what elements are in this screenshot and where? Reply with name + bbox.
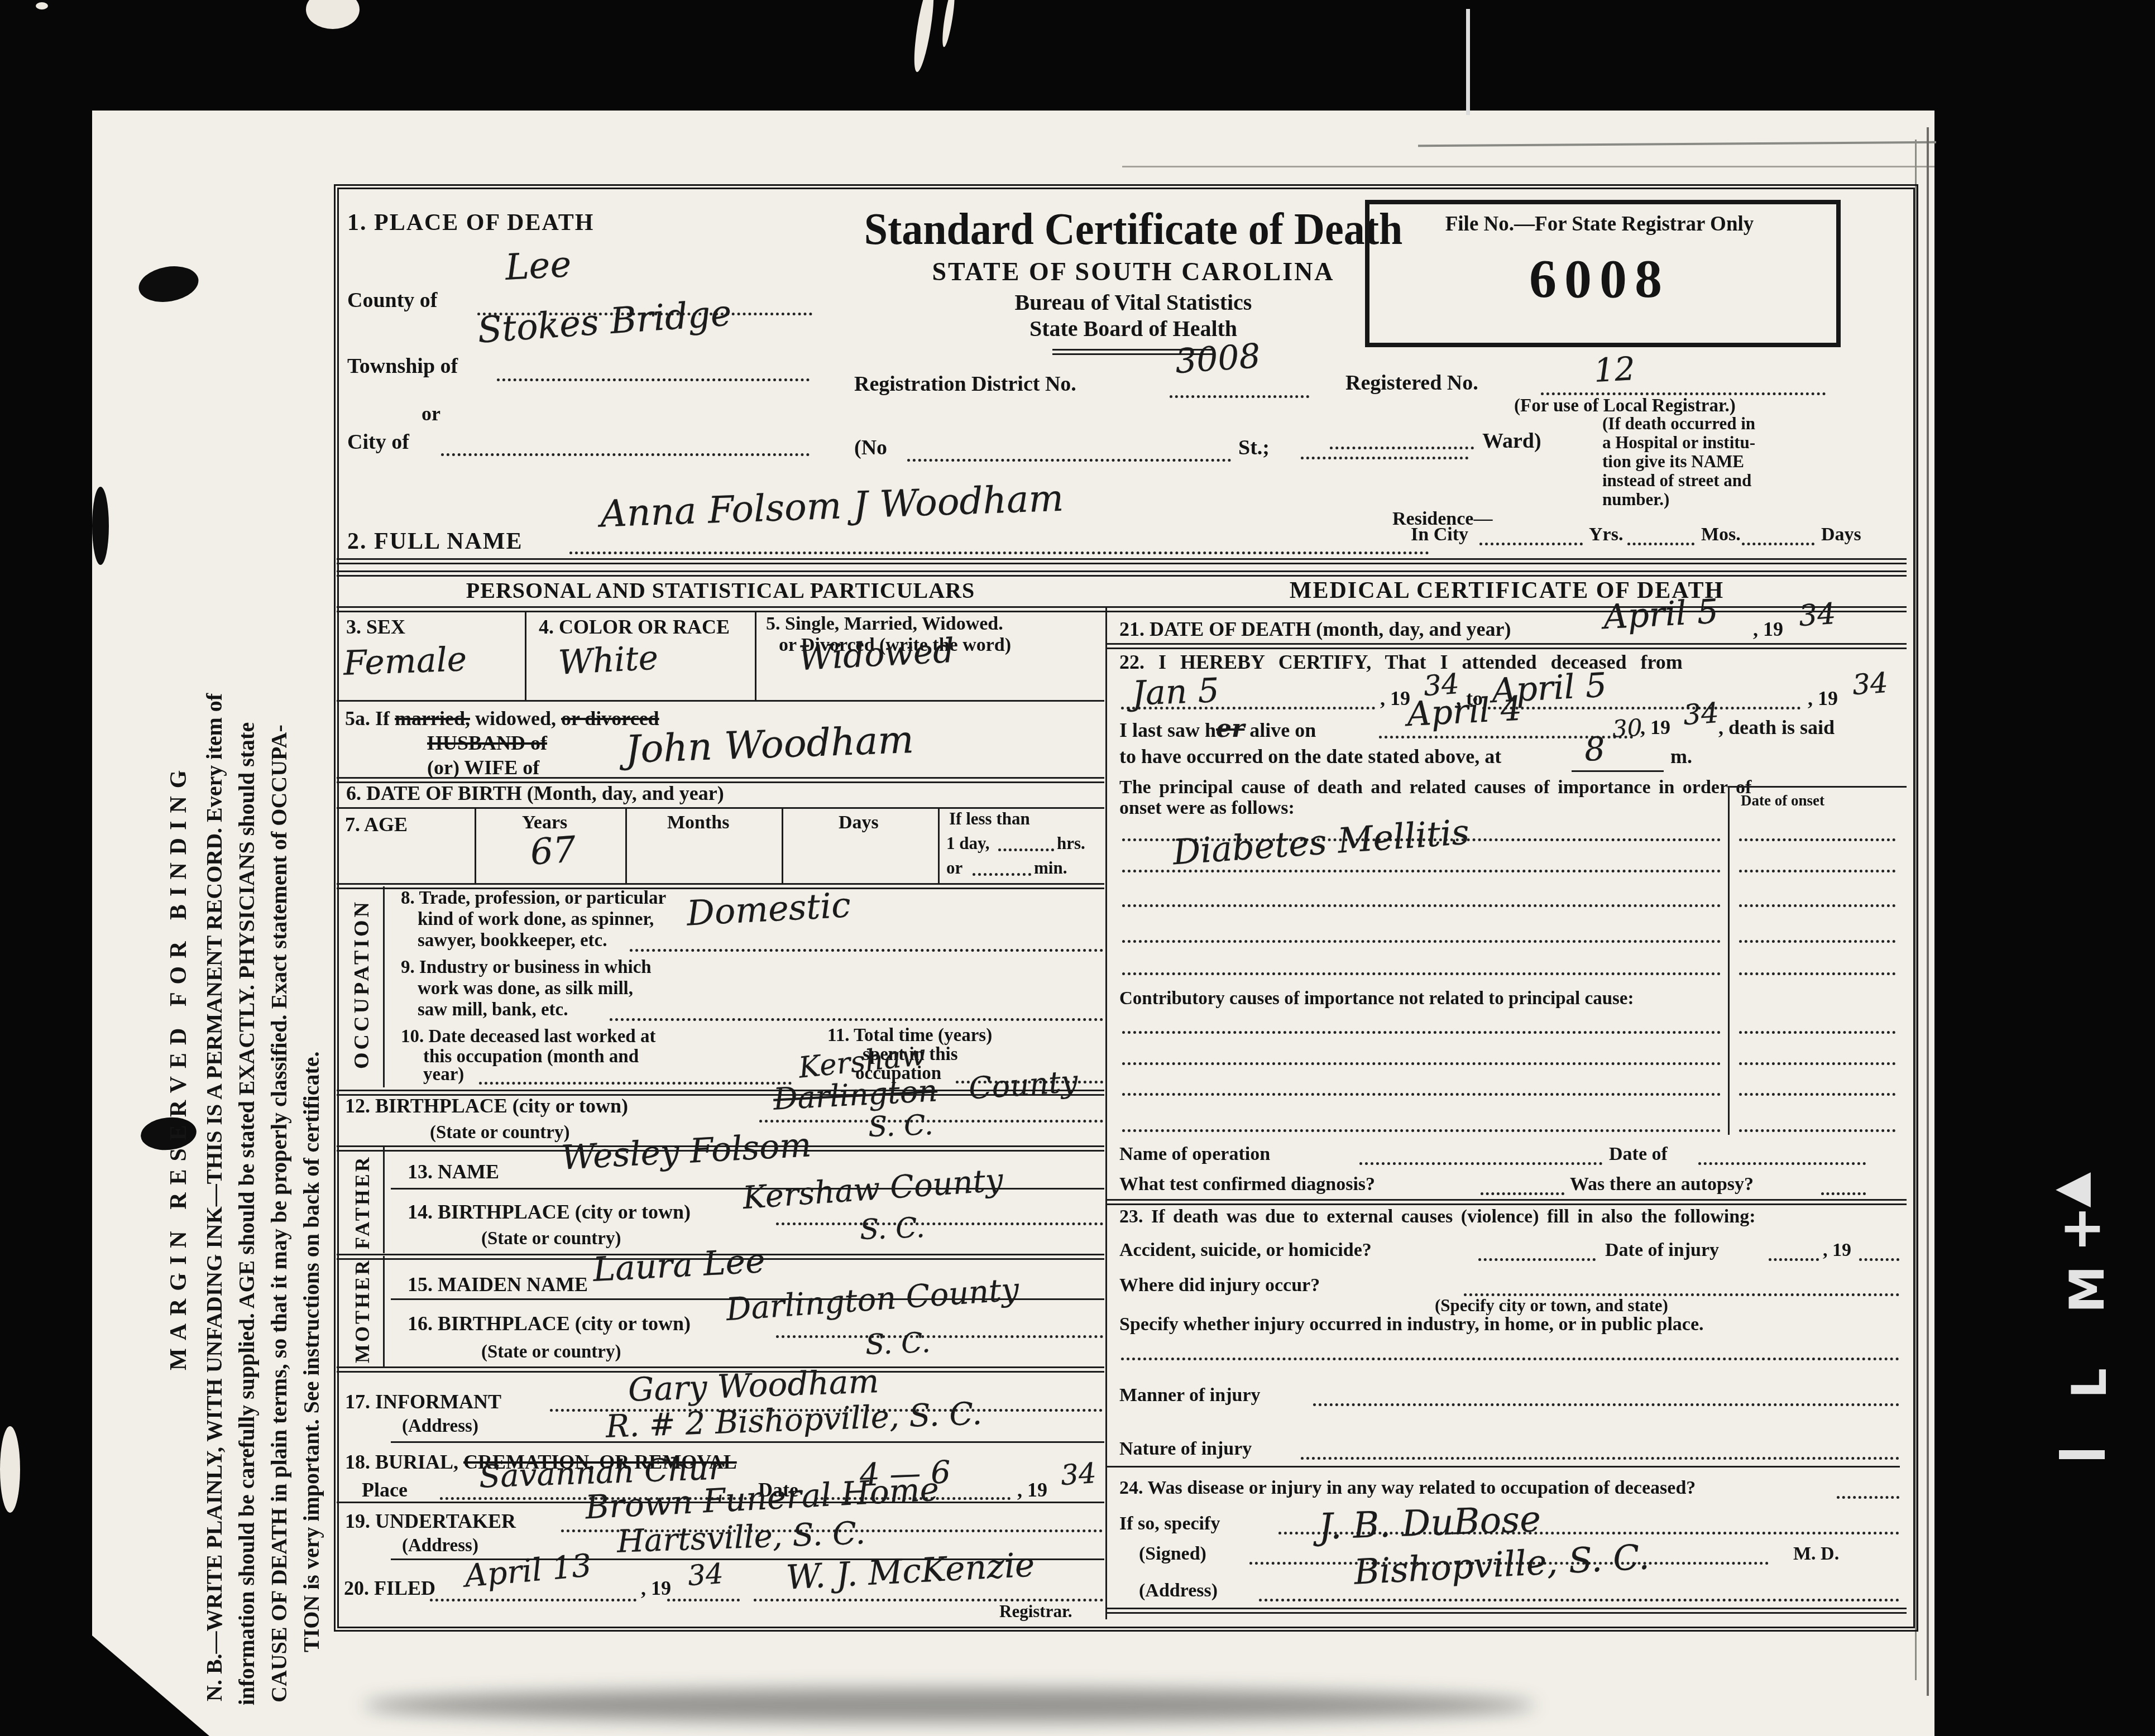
state-line: STATE OF SOUTH CAROLINA xyxy=(837,258,1429,286)
autopsy-line xyxy=(1821,1192,1866,1195)
mother-divider xyxy=(383,1256,385,1366)
place-of-death-heading: 1. PLACE OF DEATH xyxy=(347,210,594,236)
date-of-onset-label: Date of onset xyxy=(1741,793,1824,809)
onset-line xyxy=(1739,1093,1895,1096)
mos-line xyxy=(1742,543,1814,545)
hospital-note-4: instead of street and xyxy=(1602,471,1751,490)
informant-label: 17. INFORMANT xyxy=(345,1391,501,1413)
occupation-side-label: OCCUPATION xyxy=(349,899,374,1069)
mother-state-country-label: (State or country) xyxy=(481,1342,621,1363)
manner-injury-line xyxy=(1313,1403,1899,1406)
full-name-line xyxy=(569,552,1429,554)
row-rule xyxy=(1107,643,1907,649)
cause-line xyxy=(1122,870,1721,872)
scan-artifact xyxy=(940,0,957,47)
injury-19-label: , 19 xyxy=(1823,1240,1851,1261)
ward-line xyxy=(1330,447,1474,449)
burial-19-label: , 19 xyxy=(1017,1479,1047,1501)
registered-no-label: Registered No. xyxy=(1345,372,1478,395)
dob-label: 6. DATE OF BIRTH (Month, day, and year) xyxy=(346,783,724,804)
test-line xyxy=(1481,1192,1564,1195)
section-rule xyxy=(337,558,1907,564)
dod-year-value: 34 xyxy=(1798,597,1837,633)
f8-line2: kind of work done, as spinner, xyxy=(418,910,654,930)
last-saw-value: April 4 xyxy=(1406,689,1522,735)
accident-label: Accident, suicide, or homicide? xyxy=(1119,1240,1372,1261)
time-line xyxy=(1572,770,1664,772)
street-no-line xyxy=(907,459,1231,462)
father-state-country-label: (State or country) xyxy=(481,1229,621,1249)
operation-label: Name of operation xyxy=(1119,1144,1270,1165)
contributory-line xyxy=(1122,1031,1721,1034)
cell-divider xyxy=(755,612,756,700)
manner-injury-label: Manner of injury xyxy=(1119,1385,1260,1406)
film-marking-plus-icon: + xyxy=(2059,1195,2106,1260)
f10-line1: 10. Date deceased last worked at xyxy=(401,1027,655,1047)
signed-address-line xyxy=(1259,1599,1899,1601)
street-no-label: (No xyxy=(854,437,887,459)
age-cell-divider xyxy=(625,808,627,883)
row-rule xyxy=(337,700,1104,702)
injury-date-line xyxy=(1769,1258,1819,1261)
onset-line xyxy=(1739,1062,1895,1065)
cause-line xyxy=(1122,972,1721,975)
specify-city-label: (Specify city or town, and state) xyxy=(1435,1296,1668,1315)
md-label: M. D. xyxy=(1793,1544,1839,1565)
section-rule xyxy=(337,570,1907,577)
occupation-value: Domestic xyxy=(686,884,851,933)
f9-line xyxy=(610,1018,1103,1021)
contributory-label: Contributory causes of importance not re… xyxy=(1119,989,1634,1009)
operation-date-label: Date of xyxy=(1609,1144,1668,1165)
certificate-title: Standard Certificate of Death xyxy=(853,205,1415,253)
meridiem-label: m. xyxy=(1670,746,1692,768)
filed-line xyxy=(430,1599,636,1601)
scan-artifact xyxy=(306,0,360,29)
contributory-line xyxy=(1122,1129,1721,1132)
related-occupation-label: 24. Was disease or injury in any way rel… xyxy=(1119,1478,1696,1499)
undertaker-address-label: (Address) xyxy=(402,1536,478,1556)
sheet-edge xyxy=(1122,166,1934,167)
f8-line1: 8. Trade, profession, or particular xyxy=(401,889,666,909)
specify-whether-label: Specify whether injury occurred in indus… xyxy=(1119,1315,1704,1335)
onset-box-line xyxy=(1728,786,1730,1135)
cause-line xyxy=(1122,904,1721,907)
ward-label: Ward) xyxy=(1482,430,1541,453)
f8-line xyxy=(630,949,1103,952)
row-rule xyxy=(1107,1608,1907,1614)
filed-label: 20. FILED xyxy=(344,1577,435,1599)
township-label: Township of xyxy=(347,355,458,378)
onset-line xyxy=(1739,972,1895,975)
age-days-header: Days xyxy=(839,813,879,833)
if-less-label-1: If less than xyxy=(949,809,1030,828)
onset-line xyxy=(1739,1031,1895,1034)
margin-nb-line-1: N. B.—WRITE PLAINLY, WITH UNFADING INK—T… xyxy=(201,693,227,1701)
f9-line2: work was done, as silk mill, xyxy=(418,979,633,999)
informant-address-label: (Address) xyxy=(402,1417,478,1437)
occurred-label: to have occurred on the date stated abov… xyxy=(1119,746,1501,768)
scan-artifact xyxy=(0,1426,20,1513)
f10-line xyxy=(479,1082,792,1085)
father-birthplace-line xyxy=(776,1222,1103,1225)
film-marking-l-icon: L xyxy=(2062,1368,2118,1398)
date-of-death-label: 21. DATE OF DEATH (month, day, and year) xyxy=(1119,618,1511,640)
filed-year-line xyxy=(667,1599,740,1601)
last-saw-label: I last saw her alive on xyxy=(1119,716,1316,742)
father-side-label: FATHER xyxy=(351,1155,374,1249)
scan-artifact xyxy=(36,2,48,9)
attended-from-line xyxy=(1121,707,1375,709)
lastsaw-19-label: , 19 xyxy=(1640,717,1670,738)
f10-line3: year) xyxy=(423,1065,464,1085)
death-said-label: , death is said xyxy=(1718,717,1835,738)
age-cell-divider xyxy=(938,808,940,883)
husband-of-label: HUSBAND of xyxy=(427,732,547,754)
time-minutes-value: 30 xyxy=(1612,714,1643,743)
to-19-label: , 19 xyxy=(1808,688,1838,709)
registrar-label: Registrar. xyxy=(999,1602,1072,1620)
mother-birthplace-state: S. C. xyxy=(865,1326,931,1361)
if-so-specify-label: If so, specify xyxy=(1119,1514,1220,1534)
onset-box-top xyxy=(1728,786,1907,788)
cause-line xyxy=(1122,940,1721,943)
incity-line xyxy=(1479,543,1583,545)
contributory-line xyxy=(1122,1093,1721,1096)
margin-nb-line-4: TION is very important. See instructions… xyxy=(298,1051,324,1652)
row-rule xyxy=(391,1441,1104,1443)
days-label: Days xyxy=(1821,525,1861,545)
age-years-value: 67 xyxy=(529,829,577,874)
film-marking-bar-icon xyxy=(2059,1450,2105,1459)
maiden-name-label: 15. MAIDEN NAME xyxy=(408,1274,588,1296)
row-rule xyxy=(1107,1199,1907,1205)
in-city-label: In City xyxy=(1411,525,1468,545)
margin-nb-line-3: CAUSE OF DEATH in plain terms, so that i… xyxy=(266,725,292,1703)
cell-divider xyxy=(525,612,526,700)
related-occupation-line xyxy=(1837,1496,1899,1499)
street-label: St.; xyxy=(1238,437,1270,459)
occupation-divider xyxy=(383,886,385,1087)
sheet-edge xyxy=(1927,127,1929,1696)
margin-nb-line-2: information should be carefully supplied… xyxy=(233,722,260,1705)
state-country-label: (State or country) xyxy=(430,1123,570,1143)
onset-line xyxy=(1739,940,1895,943)
registered-no-line xyxy=(1541,392,1826,395)
mother-side-label: MOTHER xyxy=(351,1258,374,1363)
physician-signature: J. B. DuBose xyxy=(1318,1499,1541,1548)
yrs-label: Yrs. xyxy=(1589,525,1623,545)
age-months-header: Months xyxy=(667,813,729,833)
hospital-note-1: (If death occurred in xyxy=(1602,414,1755,433)
filed-19-label: , 19 xyxy=(641,1577,671,1599)
operation-line xyxy=(1359,1162,1602,1165)
medical-title: MEDICAL CERTIFICATE OF DEATH xyxy=(1107,578,1907,603)
father-birthplace-state: S. C. xyxy=(859,1211,926,1246)
scan-artifact xyxy=(1466,9,1470,115)
county-label: County of xyxy=(347,289,438,312)
board-line: State Board of Health xyxy=(837,316,1429,341)
marital-value: Widowed xyxy=(797,631,955,679)
signed-address-label: (Address) xyxy=(1139,1581,1218,1601)
operation-date-line xyxy=(1698,1162,1866,1165)
time-hour-value: 8 xyxy=(1583,730,1606,769)
personal-title: PERSONAL AND STATISTICAL PARTICULARS xyxy=(337,578,1104,602)
city-line xyxy=(441,453,810,456)
father-name-label: 13. NAME xyxy=(408,1161,499,1183)
burial-place-label: Place xyxy=(362,1479,408,1501)
hospital-note-2: a Hospital or institu- xyxy=(1602,433,1755,452)
father-birthplace-label: 14. BIRTHPLACE (city or town) xyxy=(408,1201,691,1223)
hospital-note-5: number.) xyxy=(1602,490,1669,509)
race-label: 4. COLOR OR RACE xyxy=(539,616,730,638)
or-min-label: or xyxy=(946,859,962,877)
onset-line xyxy=(1739,1129,1895,1132)
race-value: White xyxy=(557,638,659,682)
test-label: What test confirmed diagnosis? xyxy=(1119,1174,1375,1195)
hrs-label: hrs. xyxy=(1057,834,1085,852)
hospital-note-3: tion give its NAME xyxy=(1602,452,1744,471)
father-divider xyxy=(383,1147,385,1253)
injury-year-line xyxy=(1859,1258,1899,1261)
onset-line xyxy=(1739,838,1895,841)
if-less-label-2: 1 day, xyxy=(946,834,990,852)
accident-line xyxy=(1478,1258,1596,1261)
street-line xyxy=(1301,457,1468,459)
min-label: min. xyxy=(1034,859,1067,877)
birthplace-label: 12. BIRTHPLACE (city or town) xyxy=(345,1095,628,1117)
f9-line1: 9. Industry or business in which xyxy=(401,958,652,978)
file-no-value: 6008 xyxy=(1371,250,1828,309)
signed-label: (Signed) xyxy=(1139,1544,1206,1565)
township-line xyxy=(497,378,810,381)
undertaker-label: 19. UNDERTAKER xyxy=(345,1510,516,1532)
autopsy-label: Was there an autopsy? xyxy=(1570,1174,1754,1195)
film-marking-m-icon: M xyxy=(2060,1265,2115,1313)
scan-smudge xyxy=(363,1689,1535,1722)
or-label: or xyxy=(422,403,440,425)
reg-district-value: 3008 xyxy=(1174,337,1262,381)
yrs-line xyxy=(1627,543,1694,545)
attended-to-line xyxy=(1482,707,1800,709)
reg-district-label: Registration District No. xyxy=(854,373,1076,396)
age-label: 7. AGE xyxy=(345,814,408,836)
margin-binding-note: MARGIN RESERVED FOR BINDING xyxy=(165,763,192,1370)
contributory-line xyxy=(1122,1062,1721,1065)
min-line xyxy=(973,873,1031,876)
file-no-label: File No.—For State Registrar Only xyxy=(1371,213,1828,236)
mos-label: Mos. xyxy=(1701,525,1741,545)
nature-injury-line xyxy=(1301,1457,1899,1460)
onset-line xyxy=(1739,904,1895,907)
bureau-line: Bureau of Vital Statistics xyxy=(837,290,1429,314)
sex-value: Female xyxy=(343,640,468,683)
mother-birthplace-label: 16. BIRTHPLACE (city or town) xyxy=(408,1313,691,1335)
row-rule xyxy=(1107,1466,1900,1468)
external-causes-label: 23. If death was due to external causes … xyxy=(1119,1207,1756,1227)
burial-year-value: 34 xyxy=(1060,1457,1098,1492)
injury-date-label: Date of injury xyxy=(1605,1240,1719,1261)
scan-artifact xyxy=(92,487,109,565)
dod-19-label: , 19 xyxy=(1753,618,1783,640)
hrs-line xyxy=(998,848,1054,851)
scanned-death-certificate: MARGIN RESERVED FOR BINDING N. B.—WRITE … xyxy=(0,0,2155,1736)
nature-injury-label: Nature of injury xyxy=(1119,1439,1252,1460)
city-label: City of xyxy=(347,431,409,454)
lastsaw-year-value: 34 xyxy=(1682,697,1720,731)
wife-of-label: (or) WIFE of xyxy=(427,757,539,779)
principal-cause-line1: The principal cause of death and related… xyxy=(1119,778,1751,798)
to-year-value: 34 xyxy=(1851,666,1889,701)
reg-district-line xyxy=(1170,395,1309,398)
onset-line xyxy=(1739,870,1895,872)
mother-birthplace-line xyxy=(776,1335,1103,1338)
principal-cause-line2: onset were as follows: xyxy=(1119,798,1295,819)
f9-line3: saw mill, bank, etc. xyxy=(418,1000,568,1020)
where-injury-label: Where did injury occur? xyxy=(1119,1275,1320,1296)
f8-line3: sawyer, bookkeeper, etc. xyxy=(418,931,607,951)
registered-no-value: 12 xyxy=(1593,349,1636,390)
scan-artifact xyxy=(911,0,938,73)
full-name-label: 2. FULL NAME xyxy=(347,529,523,554)
county-value: Lee xyxy=(504,244,572,289)
marital-label-1: 5. Single, Married, Widowed. xyxy=(766,614,1003,635)
birthplace-state: S. C. xyxy=(868,1109,934,1143)
date-of-death-value: April 5 xyxy=(1602,592,1719,637)
sex-label: 3. SEX xyxy=(346,616,405,638)
age-cell-divider xyxy=(782,808,783,883)
5a-label: 5a. If married, widowed, or divorced xyxy=(345,708,659,730)
filed-year-value: 34 xyxy=(687,1557,725,1592)
age-cell-divider xyxy=(475,808,476,883)
injury-blank-line xyxy=(1121,1358,1899,1360)
